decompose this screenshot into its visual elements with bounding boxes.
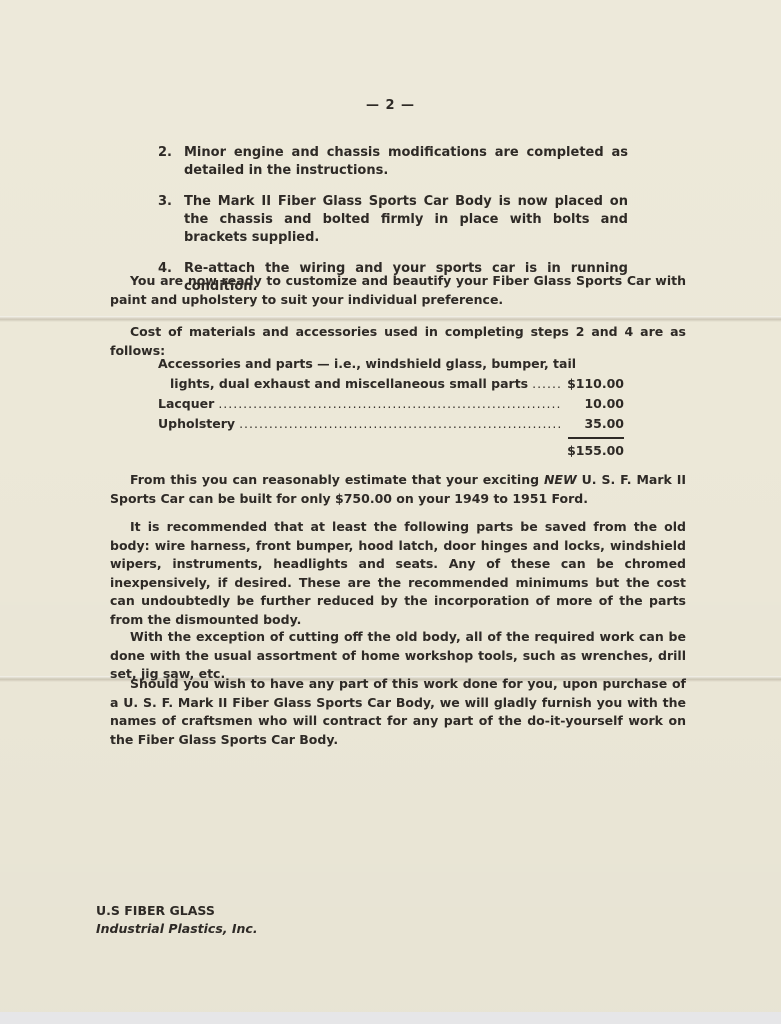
paper-fold-line [0, 316, 781, 322]
paragraph-craftsmen: Should you wish to have any part of this… [110, 675, 686, 749]
page-number: — 2 — [0, 98, 781, 113]
estimate-text-before: From this you can reasonably estimate th… [130, 472, 544, 487]
cost-row-upholstery: Upholstery 35.00 [158, 414, 624, 434]
cost-label: Upholstery [158, 414, 235, 434]
step-item: 3. The Mark II Fiber Glass Sports Car Bo… [158, 193, 628, 247]
cost-amount: 35.00 [566, 414, 624, 434]
dot-leader [218, 394, 562, 414]
cost-total: $155.00 [158, 441, 624, 461]
signature-division: Industrial Plastics, Inc. [96, 920, 258, 938]
paragraph-estimate: From this you can reasonably estimate th… [110, 471, 686, 508]
step-number: 3. [158, 193, 184, 247]
step-number: 2. [158, 144, 184, 180]
cost-row-accessories: lights, dual exhaust and miscellaneous s… [158, 374, 624, 394]
signature-company: U.S FIBER GLASS [96, 902, 258, 920]
cost-label: Lacquer [158, 394, 214, 414]
paragraph-recommended-parts: It is recommended that at least the foll… [110, 518, 686, 629]
step-item: 2. Minor engine and chassis modification… [158, 144, 628, 180]
dot-leader [532, 374, 562, 394]
cost-row-lacquer: Lacquer 10.00 [158, 394, 624, 414]
cost-row-accessories-line1: Accessories and parts — i.e., windshield… [158, 354, 624, 374]
cost-table: Accessories and parts — i.e., windshield… [158, 354, 624, 461]
document-page: — 2 — 2. Minor engine and chassis modifi… [0, 0, 781, 1012]
step-text: The Mark II Fiber Glass Sports Car Body … [184, 193, 628, 247]
cost-label: lights, dual exhaust and miscellaneous s… [170, 374, 528, 394]
paragraph-customize: You are now ready to customize and beaut… [110, 272, 686, 309]
signature-block: U.S FIBER GLASS Industrial Plastics, Inc… [96, 902, 258, 938]
step-text: Minor engine and chassis modifications a… [184, 144, 628, 180]
total-rule [568, 437, 624, 439]
dot-leader [239, 414, 562, 434]
cost-amount: 10.00 [566, 394, 624, 414]
estimate-emphasis: NEW [544, 472, 577, 487]
cost-label: Accessories and parts — i.e., windshield… [158, 354, 576, 374]
cost-amount: $110.00 [566, 374, 624, 394]
